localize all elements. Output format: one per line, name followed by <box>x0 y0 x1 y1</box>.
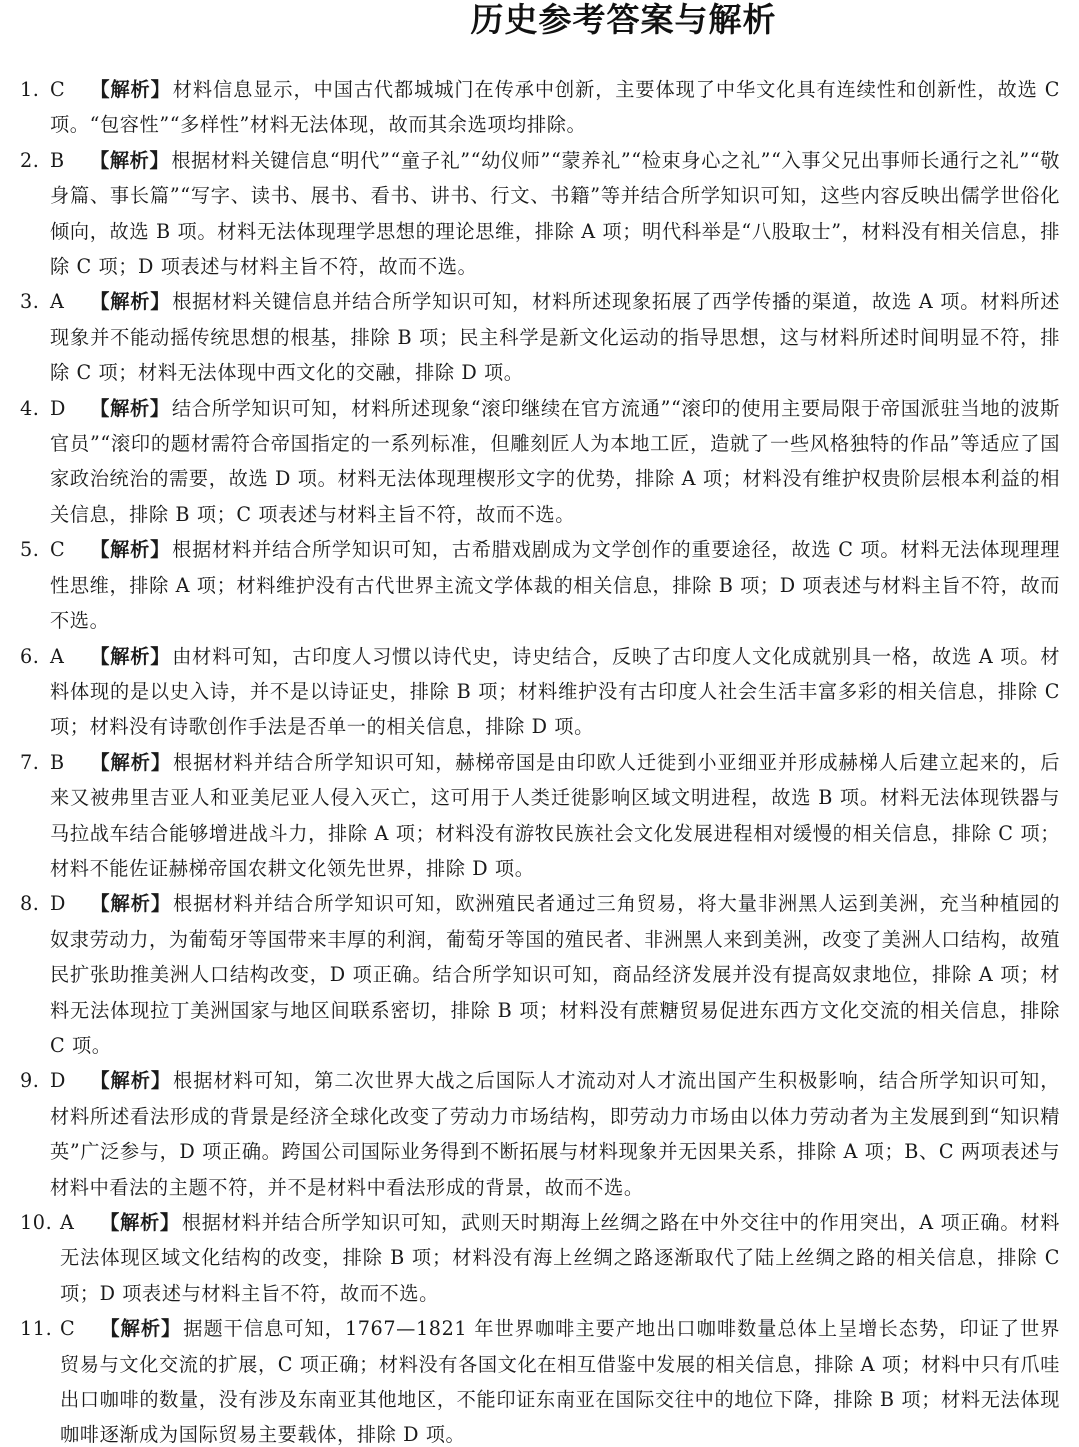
item-answer: D <box>50 886 66 921</box>
analysis-text: 材料信息显示，中国古代都城城门在传承中创新，主要体现了中华文化具有连续性和创新性… <box>50 78 1060 136</box>
item-number: 5. <box>20 532 48 567</box>
answer-item-5: 5.C【解析】根据材料并结合所学知识可知，古希腊戏剧成为文学创作的重要途径，故选… <box>20 532 1060 638</box>
answer-item-9: 9.D【解析】根据材料可知，第二次世界大战之后国际人才流动对人才流出国产生积极影… <box>20 1063 1060 1205</box>
analysis-tag: 【解析】 <box>90 78 171 101</box>
item-answer: C <box>50 532 65 567</box>
item-answer: C <box>60 1311 75 1346</box>
item-number: 3. <box>20 284 48 319</box>
item-number: 4. <box>20 391 48 426</box>
item-answer: B <box>50 143 65 178</box>
analysis-text: 根据材料并结合所学知识可知，欧洲殖民者通过三角贸易，将大量非洲黑人运到美洲，充当… <box>50 892 1060 1057</box>
analysis-tag: 【解析】 <box>90 1069 171 1092</box>
item-answer: A <box>50 639 64 674</box>
item-number: 11. <box>20 1311 60 1346</box>
analysis-text: 由材料可知，古印度人习惯以诗代史，诗史结合，反映了古印度人文化成就别具一格，故选… <box>50 645 1060 739</box>
answer-item-7: 7.B【解析】根据材料并结合所学知识可知，赫梯帝国是由印欧人迁徙到小亚细亚并形成… <box>20 745 1060 887</box>
item-number: 7. <box>20 745 48 780</box>
analysis-tag: 【解析】 <box>90 751 171 774</box>
answer-item-2: 2.B【解析】根据材料关键信息“明代”“童子礼”“幼仪师”“蒙养礼”“检束身心之… <box>20 143 1060 285</box>
item-number: 1. <box>20 72 48 107</box>
answer-item-3: 3.A【解析】根据材料关键信息并结合所学知识可知，材料所述现象拓展了西学传播的渠… <box>20 284 1060 390</box>
analysis-tag: 【解析】 <box>90 645 170 668</box>
analysis-tag: 【解析】 <box>100 1317 181 1340</box>
analysis-text: 根据材料并结合所学知识可知，古希腊戏剧成为文学创作的重要途径，故选 C 项。材料… <box>50 538 1060 632</box>
item-number: 2. <box>20 143 48 178</box>
analysis-text: 根据材料关键信息“明代”“童子礼”“幼仪师”“蒙养礼”“检束身心之礼”“入事父兄… <box>50 149 1060 278</box>
analysis-tag: 【解析】 <box>90 290 170 313</box>
answer-item-8: 8.D【解析】根据材料并结合所学知识可知，欧洲殖民者通过三角贸易，将大量非洲黑人… <box>20 886 1060 1063</box>
item-answer: A <box>50 284 64 319</box>
analysis-text: 根据材料关键信息并结合所学知识可知，材料所述现象拓展了西学传播的渠道，故选 A … <box>50 290 1060 384</box>
analysis-text: 结合所学知识可知，材料所述现象“滚印继续在官方流通”“滚印的使用主要局限于帝国派… <box>50 397 1060 526</box>
analysis-text: 根据材料可知，第二次世界大战之后国际人才流动对人才流出国产生积极影响，结合所学知… <box>50 1069 1060 1198</box>
item-number: 6. <box>20 639 48 674</box>
analysis-tag: 【解析】 <box>90 538 170 561</box>
item-answer: A <box>60 1205 74 1240</box>
analysis-tag: 【解析】 <box>90 149 169 172</box>
item-answer: D <box>50 391 66 426</box>
page-title: 历史参考答案与解析 <box>0 0 1079 41</box>
answer-item-1: 1.C【解析】材料信息显示，中国古代都城城门在传承中创新，主要体现了中华文化具有… <box>20 72 1060 143</box>
answer-item-6: 6.A【解析】由材料可知，古印度人习惯以诗代史，诗史结合，反映了古印度人文化成就… <box>20 639 1060 745</box>
analysis-tag: 【解析】 <box>100 1211 180 1234</box>
analysis-text: 根据材料并结合所学知识可知，赫梯帝国是由印欧人迁徙到小亚细亚并形成赫梯人后建立起… <box>50 751 1060 880</box>
answer-item-11: 11.C【解析】据题干信息可知，1767—1821 年世界咖啡主要产地出口咖啡数… <box>20 1311 1060 1447</box>
analysis-text: 根据材料并结合所学知识可知，武则天时期海上丝绸之路在中外交往中的作用突出，A 项… <box>60 1211 1060 1305</box>
analysis-tag: 【解析】 <box>90 892 171 915</box>
item-number: 10. <box>20 1205 60 1240</box>
item-number: 8. <box>20 886 48 921</box>
analysis-tag: 【解析】 <box>90 397 170 420</box>
answer-item-10: 10.A【解析】根据材料并结合所学知识可知，武则天时期海上丝绸之路在中外交往中的… <box>20 1205 1060 1311</box>
item-answer: D <box>50 1063 66 1098</box>
answer-item-4: 4.D【解析】结合所学知识可知，材料所述现象“滚印继续在官方流通”“滚印的使用主… <box>20 391 1060 533</box>
item-answer: B <box>50 745 65 780</box>
item-number: 9. <box>20 1063 48 1098</box>
item-answer: C <box>50 72 65 107</box>
answer-list: 1.C【解析】材料信息显示，中国古代都城城门在传承中创新，主要体现了中华文化具有… <box>20 72 1060 1447</box>
analysis-text: 据题干信息可知，1767—1821 年世界咖啡主要产地出口咖啡数量总体上呈增长态… <box>60 1317 1060 1446</box>
